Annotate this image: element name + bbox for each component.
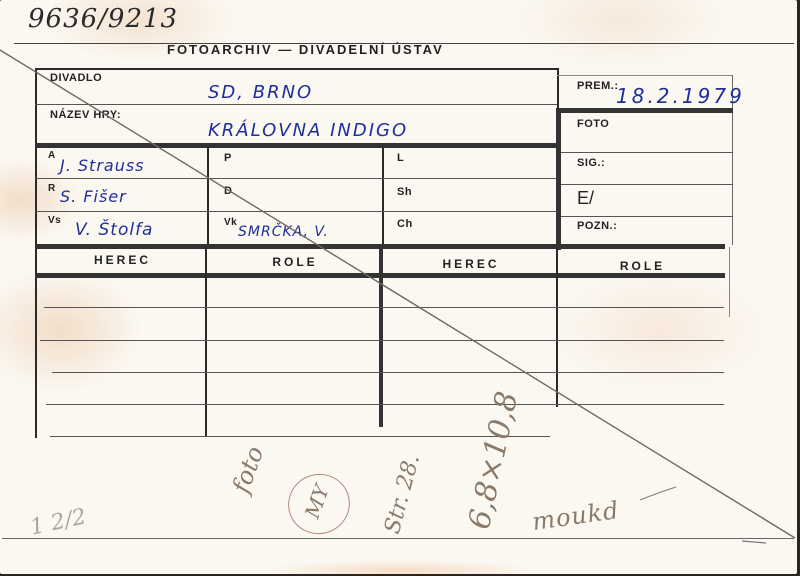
rule-e — [561, 216, 733, 217]
right-block-divider — [556, 108, 561, 250]
header-title: FOTOARCHIV — DIVADELNÍ ÚSTAV — [167, 42, 444, 57]
label-p: P — [224, 152, 232, 164]
label-foto: FOTO — [577, 118, 609, 130]
circled-text: MY — [300, 482, 334, 522]
cast-col-divider-3 — [556, 247, 558, 407]
grid-row-2 — [35, 211, 557, 212]
divider-prem — [557, 68, 559, 108]
value-nazev-hry[interactable]: KRÁLOVNA INDIGO — [208, 120, 408, 141]
label-sig: SIG.: — [577, 157, 605, 169]
rule-foto — [561, 152, 733, 153]
value-vs[interactable]: V. Štolfa — [75, 220, 153, 240]
label-d: D — [224, 185, 232, 197]
cast-row-rule-4 — [46, 404, 724, 405]
prem-top — [557, 75, 733, 76]
cast-row-rule-1 — [44, 307, 724, 308]
label-nazev-hry: NÁZEV HRY: — [50, 109, 121, 121]
cast-col-divider-1 — [205, 247, 207, 437]
cast-col-divider-center — [379, 247, 383, 427]
grid-col-2 — [382, 146, 384, 246]
value-vk[interactable]: SMRČKA, V. — [238, 224, 329, 240]
cast-row-rule-3 — [52, 372, 724, 373]
form-top-border — [35, 68, 557, 70]
form-left-border — [35, 68, 37, 438]
grid-col-1 — [207, 146, 209, 246]
grid-top-bar — [35, 143, 559, 148]
label-sh: Sh — [397, 186, 412, 198]
label-a: A — [48, 150, 56, 161]
rule-sig — [561, 184, 733, 185]
value-divadlo[interactable]: SD, BRNO — [208, 82, 313, 103]
label-vk: Vk — [224, 217, 237, 228]
value-prem[interactable]: 18.2.1979 — [616, 84, 745, 108]
value-r[interactable]: S. Fišer — [60, 187, 127, 206]
cast-row-rule-2 — [40, 340, 724, 341]
cast-right-border — [729, 247, 730, 317]
rule-divadlo — [35, 104, 557, 105]
pencil-page-note: Str. 28. — [380, 452, 425, 537]
label-pozn: POZN.: — [577, 220, 617, 232]
pencil-size-note: 6,8×10,8 — [462, 388, 525, 532]
label-divadlo: DIVADLO — [50, 72, 102, 84]
col-header-herec-1: HEREC — [40, 253, 205, 267]
pencil-left-note: 1 2/2 — [28, 504, 88, 540]
col-header-herec-2: HEREC — [386, 257, 556, 271]
inventory-number: 9636/9213 — [28, 4, 178, 34]
cast-row-rule-5 — [50, 436, 550, 437]
label-l: L — [397, 152, 404, 164]
prem-separator — [557, 108, 733, 113]
label-prem: PREM.: — [577, 80, 619, 92]
label-ch: Ch — [397, 218, 413, 230]
pencil-signature: moukd — [530, 496, 621, 536]
label-vs: Vs — [48, 215, 61, 226]
value-a[interactable]: J. Strauss — [60, 156, 145, 175]
label-r: R — [48, 183, 56, 194]
col-header-role-1: ROLE — [210, 255, 380, 269]
col-header-role-2: ROLE — [560, 259, 725, 273]
bottom-rule — [2, 538, 794, 539]
grid-row-1 — [35, 178, 557, 179]
pencil-circled-note: MY — [280, 465, 359, 543]
pencil-foto-note: foto — [227, 443, 270, 497]
label-e: E/ — [577, 188, 594, 209]
archive-record-card: 9636/9213 FOTOARCHIV — DIVADELNÍ ÚSTAV D… — [0, 0, 797, 574]
